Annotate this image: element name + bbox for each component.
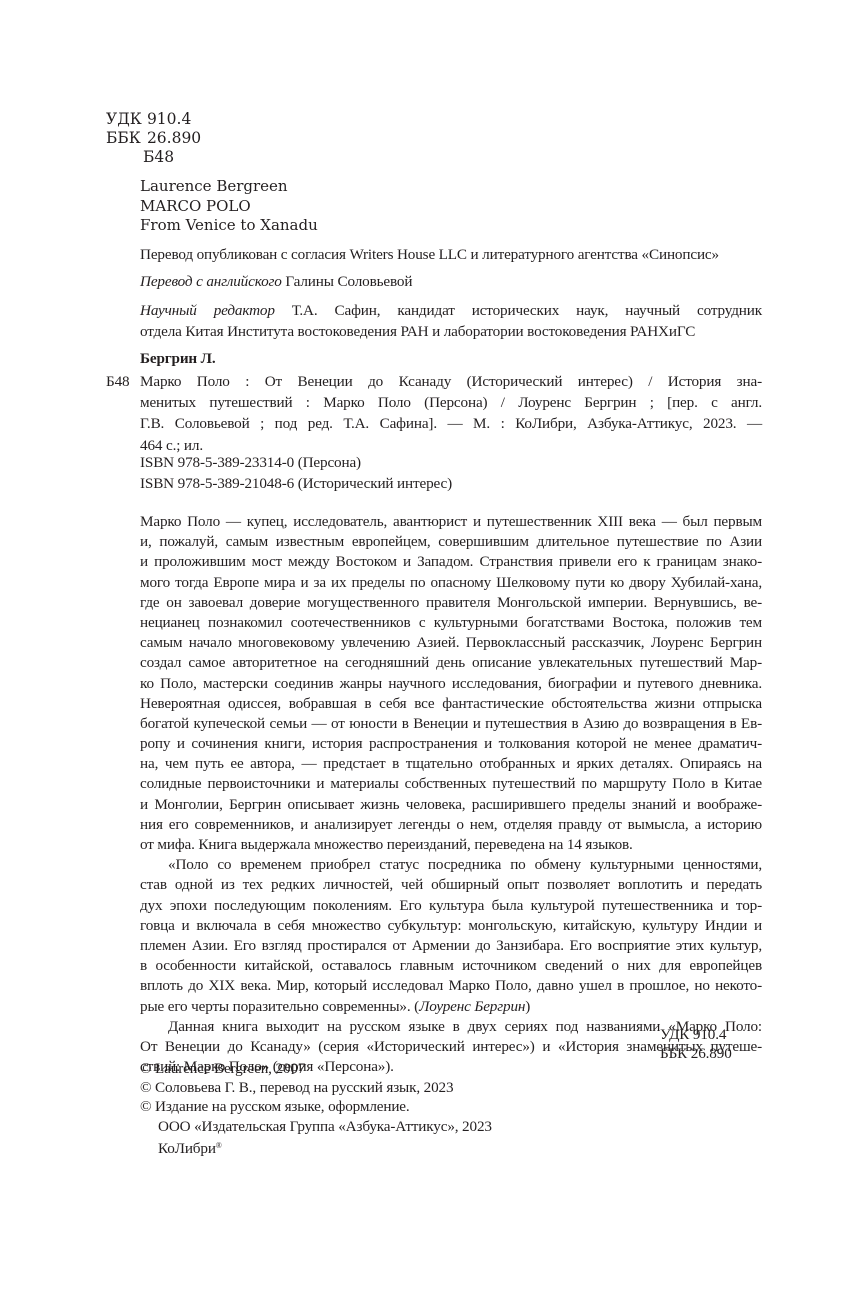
registered-trademark-icon: ® <box>216 1141 222 1150</box>
quote-line: в особенности китайской, оставалось глав… <box>140 956 762 976</box>
bib-author-heading: Бергрин Л. <box>140 349 215 368</box>
imprint-name: КоЛибри® <box>140 1136 492 1158</box>
copyright-edition: © Издание на русском языке, оформление. <box>140 1097 492 1116</box>
annotation-line: от мифа. Книга выдержала множество переи… <box>140 835 762 855</box>
bottom-bbk: ББК 26.890 <box>660 1044 732 1063</box>
bbk-value: 26.890 <box>147 129 201 147</box>
annotation-line: Марко Поло — купец, исследователь, авант… <box>140 512 762 532</box>
annotation-paragraph-1: Марко Поло — купец, исследователь, авант… <box>140 512 762 855</box>
annotation-line: солидные первоисточники и материалы собс… <box>140 774 762 794</box>
quote-last-line: рые его черты поразительно современны». … <box>140 997 762 1017</box>
bib-code: Б48 <box>106 371 129 392</box>
quote-line: племен Азии. Его взгляд простирался от А… <box>140 936 762 956</box>
quote-line: «Поло со временем приобрел статус посред… <box>140 855 762 875</box>
annotation-line: Невероятная одиссея, вобравшая в себя вс… <box>140 694 762 714</box>
author-mark: Б48 <box>106 148 201 167</box>
bottom-classification: УДК 910.4 ББК 26.890 <box>660 1025 732 1063</box>
annotation-line: ко Поло, мастерски соединив жанры научно… <box>140 674 762 694</box>
original-title: MARCO POLO <box>140 197 318 217</box>
annotation-line: ропу и сочинения книги, история распрост… <box>140 734 762 754</box>
bib-description: Марко Поло : От Венеции до Ксанаду (Исто… <box>140 371 762 456</box>
translator-label: Перевод с английского <box>140 273 282 290</box>
original-subtitle: From Venice to Xanadu <box>140 216 318 236</box>
quote-last-text: рые его черты поразительно современны». … <box>140 998 419 1015</box>
translator-name: Галины Соловьевой <box>285 273 412 290</box>
copyright-page: УДК 910.4 ББК 26.890 Б48 Laurence Bergre… <box>0 0 856 1299</box>
bib-line: Марко Поло : От Венеции до Ксанаду (Исто… <box>140 371 762 392</box>
quote-line: вплоть до XIX века. Мир, который исследо… <box>140 976 762 996</box>
annotation-line: ния его современников, и анализирует лег… <box>140 815 762 835</box>
annotation-line: и Монголии, Бергрин описывает жизнь чело… <box>140 795 762 815</box>
copyright-notices: © Laurence Bergreen, 2007 © Соловьева Г.… <box>140 1059 492 1158</box>
bib-line: Г.В. Соловьевой ; под ред. Т.А. Сафина].… <box>140 413 762 434</box>
editor-line-1: Научный редактор Т.А. Сафин, кандидат ис… <box>140 300 762 321</box>
annotation: Марко Поло — купец, исследователь, авант… <box>140 512 762 1077</box>
annotation-line: нецианец познакомил соотечественников с … <box>140 613 762 633</box>
quote-attribution: Лоуренс Бергрин <box>419 998 525 1015</box>
original-author: Laurence Bergreen <box>140 177 318 197</box>
imprint-label: КоЛибри <box>158 1140 216 1157</box>
publisher-name: ООО «Издательская Группа «Азбука-Аттикус… <box>140 1117 492 1136</box>
copyright-translation: © Соловьева Г. В., перевод на русский яз… <box>140 1078 492 1097</box>
editor-text-1: Т.А. Сафин, кандидат исторических наук, … <box>292 302 762 319</box>
udk-label: УДК <box>106 110 142 129</box>
quote-line: дух эпохи последующим поколениям. Его ку… <box>140 896 762 916</box>
isbn-historical: ISBN 978-5-389-21048-6 (Исторический инт… <box>140 473 452 494</box>
isbn-persona: ISBN 978-5-389-23314-0 (Персона) <box>140 452 452 473</box>
annotation-line: где он завоевал доверие могущественного … <box>140 593 762 613</box>
bbk-label: ББК <box>106 129 142 148</box>
classification-block: УДК 910.4 ББК 26.890 Б48 <box>106 110 201 167</box>
original-edition: Laurence Bergreen MARCO POLO From Venice… <box>140 177 318 236</box>
annotation-line: и проложившим мост между Востоком и Запа… <box>140 552 762 572</box>
annotation-quote: «Поло со временем приобрел статус посред… <box>140 855 762 996</box>
annotation-line: и, пожалуй, самым известным европейцем, … <box>140 532 762 552</box>
quote-line: говца и включала в себя множество субкул… <box>140 916 762 936</box>
editor-line-2: отдела Китая Института востоковедения РА… <box>140 321 762 342</box>
annotation-line: мого тогда Европе мира и за их пределы п… <box>140 573 762 593</box>
udk-value: 910.4 <box>147 110 191 128</box>
annotation-line: самым начало многовековому увлечению Ази… <box>140 633 762 653</box>
permission-note: Перевод опубликован с согласия Writers H… <box>140 245 762 264</box>
annotation-line: создал самое авторитетное на сегодняшний… <box>140 653 762 673</box>
editor-credit: Научный редактор Т.А. Сафин, кандидат ис… <box>140 300 762 342</box>
annotation-line: на, чем путь ее автора, — предстает в тщ… <box>140 754 762 774</box>
bbk-row: ББК 26.890 <box>106 129 201 148</box>
bib-line: менитых путешествий : Марко Поло (Персон… <box>140 392 762 413</box>
udk-row: УДК 910.4 <box>106 110 201 129</box>
copyright-original: © Laurence Bergreen, 2007 <box>140 1059 492 1078</box>
bottom-udk: УДК 910.4 <box>660 1025 732 1044</box>
quote-line: став одной из тех редких личностей, чей … <box>140 875 762 895</box>
quote-close: ) <box>525 998 530 1015</box>
isbn-list: ISBN 978-5-389-23314-0 (Персона) ISBN 97… <box>140 452 452 494</box>
translator-credit: Перевод с английского Галины Соловьевой <box>140 272 412 291</box>
editor-label: Научный редактор <box>140 302 275 319</box>
annotation-line: богатой купеческой семьи — от юности в В… <box>140 714 762 734</box>
